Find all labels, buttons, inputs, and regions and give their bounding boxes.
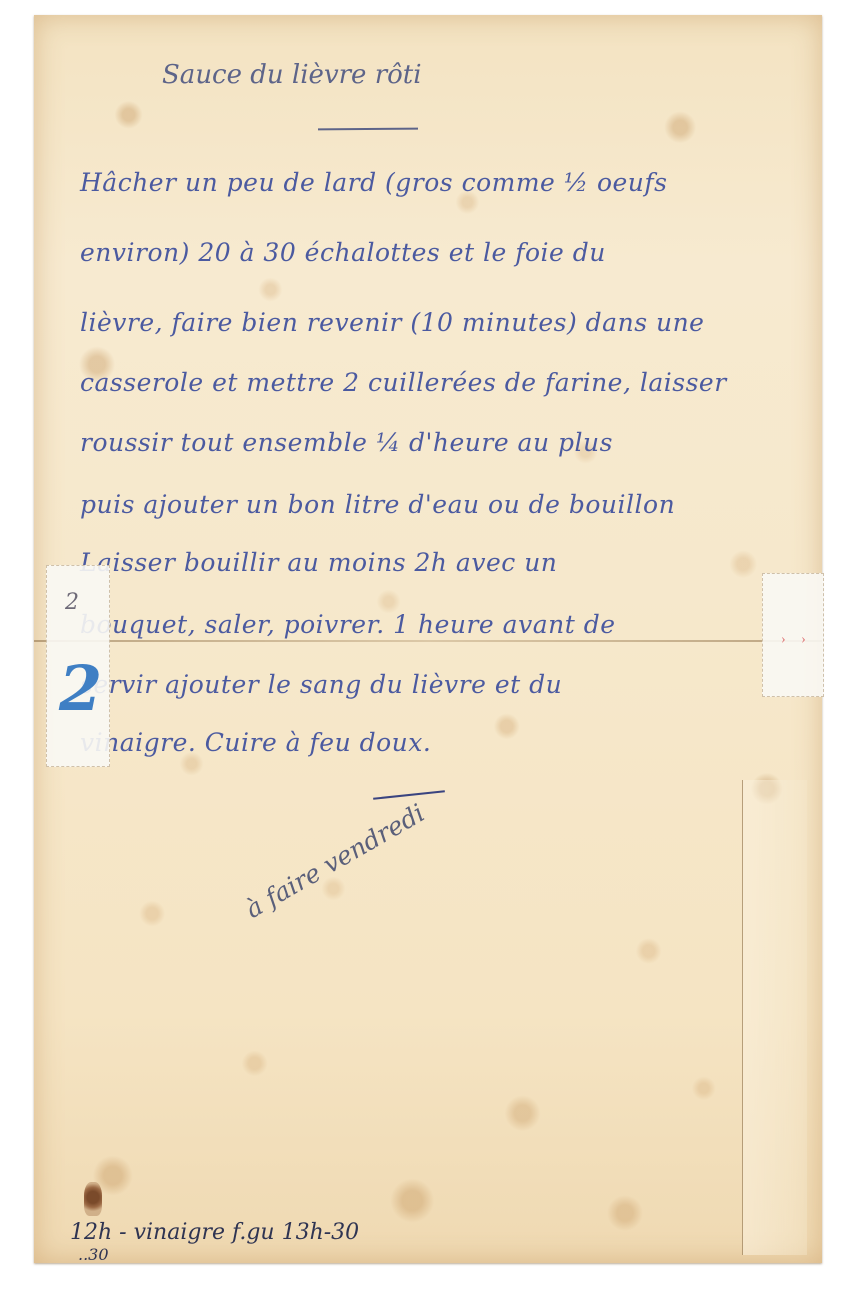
tape-red-marks: › › [781, 632, 812, 648]
recipe-line-2: environ) 20 à 30 échalottes et le foie d… [80, 238, 606, 267]
recipe-line-4: casserole et mettre 2 cuillerées de fari… [80, 368, 727, 397]
fold-crease [34, 640, 822, 642]
recipe-line-10: vinaigre. Cuire à feu doux. [80, 728, 431, 757]
recipe-line-1: Hâcher un peu de lard (gros comme ½ oeuf… [80, 168, 668, 197]
recipe-line-6: puis ajouter un bon litre d'eau ou de bo… [80, 490, 675, 519]
recipe-line-8: bouquet, saler, poivrer. 1 heure avant d… [80, 610, 616, 639]
burn-mark [84, 1182, 102, 1216]
recipe-line-3: lièvre, faire bien revenir (10 minutes) … [80, 308, 704, 337]
recipe-line-9: servir ajouter le sang du lièvre et du [80, 670, 562, 699]
tape-strip-left: 2 2 [46, 565, 110, 767]
footer-note: 12h - vinaigre f.gu 13h-30 [70, 1220, 359, 1245]
tape-strip-right: › › [762, 573, 824, 697]
recipe-line-5: roussir tout ensemble ¼ d'heure au plus [80, 428, 613, 457]
recipe-line-7: Laisser bouillir au moins 2h avec un [80, 548, 557, 577]
paper-sheet [34, 15, 822, 1263]
folded-flap [742, 780, 807, 1255]
footer-subnote: ..30 [78, 1245, 109, 1264]
tape-mark-small: 2 [65, 590, 79, 615]
tape-mark-number: 2 [59, 658, 102, 720]
document-scan: Sauce du lièvre rôti Hâcher un peu de la… [0, 0, 865, 1295]
recipe-title: Sauce du lièvre rôti [162, 60, 422, 90]
